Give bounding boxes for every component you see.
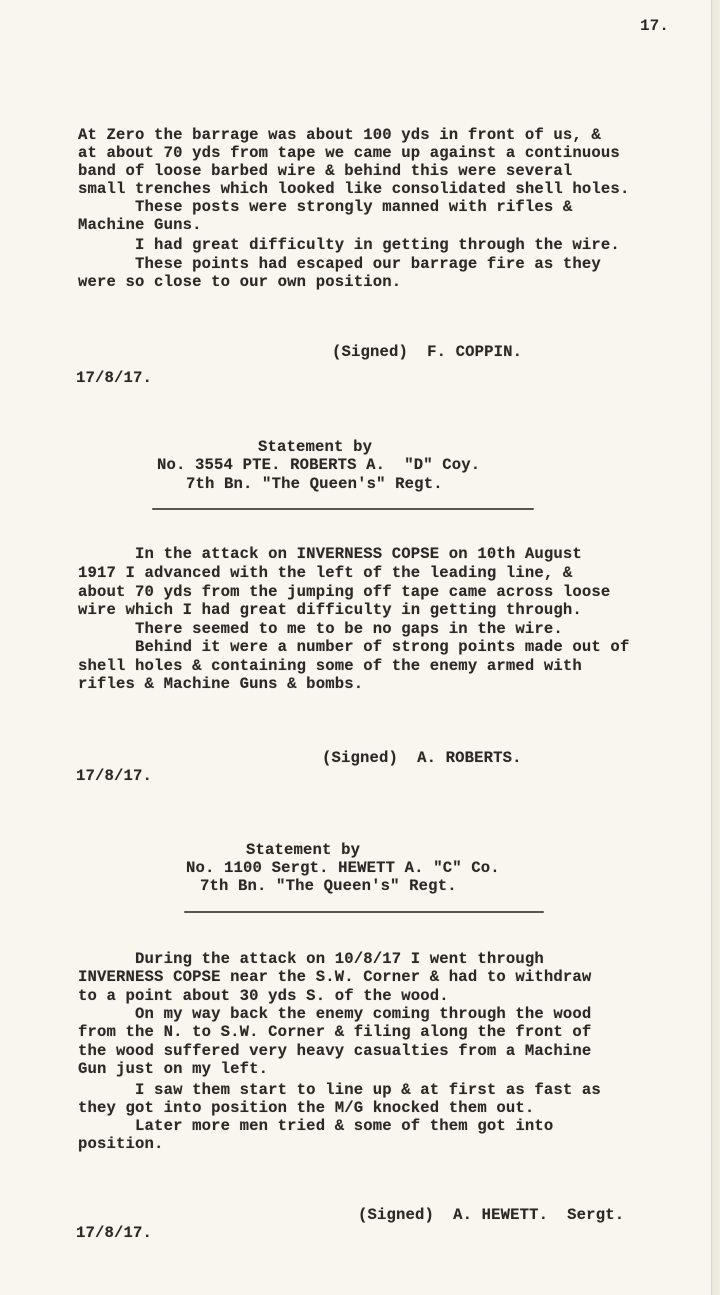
text-line: small trenches which looked like consoli… (78, 180, 629, 198)
text-line: band of loose barbed wire & behind this … (78, 162, 572, 180)
text-line: I had great difficulty in getting throug… (78, 236, 620, 254)
text-line: In the attack on INVERNESS COPSE on 10th… (78, 545, 582, 563)
divider-rule (184, 911, 544, 913)
document-page: 17. At Zero the barrage was about 100 yd… (0, 0, 712, 1295)
text-line: INVERNESS COPSE near the S.W. Corner & h… (78, 968, 591, 986)
date-coppin: 17/8/17. (76, 369, 152, 387)
heading-line: Statement by (246, 841, 360, 859)
text-line: I saw them start to line up & at first a… (78, 1081, 601, 1099)
text-line: On my way back the enemy coming through … (78, 1005, 591, 1023)
text-line: to a point about 30 yds S. of the wood. (78, 987, 449, 1005)
text-line: 1917 I advanced with the left of the lea… (78, 564, 572, 582)
heading-line: No. 1100 Sergt. HEWETT A. "C" Co. (186, 859, 500, 877)
text-line: about 70 yds from the jumping off tape c… (78, 583, 610, 601)
text-line: at about 70 yds from tape we came up aga… (78, 144, 620, 162)
heading-line: 7th Bn. "The Queen's" Regt. (200, 877, 457, 895)
text-line: wire which I had great difficulty in get… (78, 601, 582, 619)
text-line: Behind it were a number of strong points… (78, 638, 629, 656)
text-line: These posts were strongly manned with ri… (78, 198, 572, 216)
text-line: they got into position the M/G knocked t… (78, 1099, 534, 1117)
text-line: from the N. to S.W. Corner & filing alon… (78, 1023, 591, 1041)
signature-hewett: (Signed) A. HEWETT. Sergt. (358, 1206, 624, 1224)
signature-coppin: (Signed) F. COPPIN. (332, 343, 522, 361)
text-line: During the attack on 10/8/17 I went thro… (78, 950, 544, 968)
text-line: Later more men tried & some of them got … (78, 1117, 553, 1135)
text-line: At Zero the barrage was about 100 yds in… (78, 126, 601, 144)
heading-line: No. 3554 PTE. ROBERTS A. "D" Coy. (157, 456, 480, 474)
heading-line: 7th Bn. "The Queen's" Regt. (186, 475, 443, 493)
heading-line: Statement by (258, 438, 372, 456)
text-line: were so close to our own position. (78, 273, 401, 291)
text-line: Gun just on my left. (78, 1060, 268, 1078)
text-line: There seemed to me to be no gaps in the … (78, 620, 563, 638)
text-line: the wood suffered very heavy casualties … (78, 1042, 591, 1060)
text-line: rifles & Machine Guns & bombs. (78, 675, 363, 693)
text-line: These points had escaped our barrage fir… (78, 255, 601, 273)
signature-roberts: (Signed) A. ROBERTS. (322, 749, 522, 767)
text-line: Machine Guns. (78, 216, 202, 234)
date-hewett: 17/8/17. (76, 1224, 152, 1242)
divider-rule (152, 508, 534, 510)
date-roberts: 17/8/17. (76, 767, 152, 785)
text-line: position. (78, 1135, 164, 1153)
text-line: shell holes & containing some of the ene… (78, 657, 582, 675)
page-number: 17. (640, 17, 669, 35)
page-edge (711, 0, 720, 1295)
